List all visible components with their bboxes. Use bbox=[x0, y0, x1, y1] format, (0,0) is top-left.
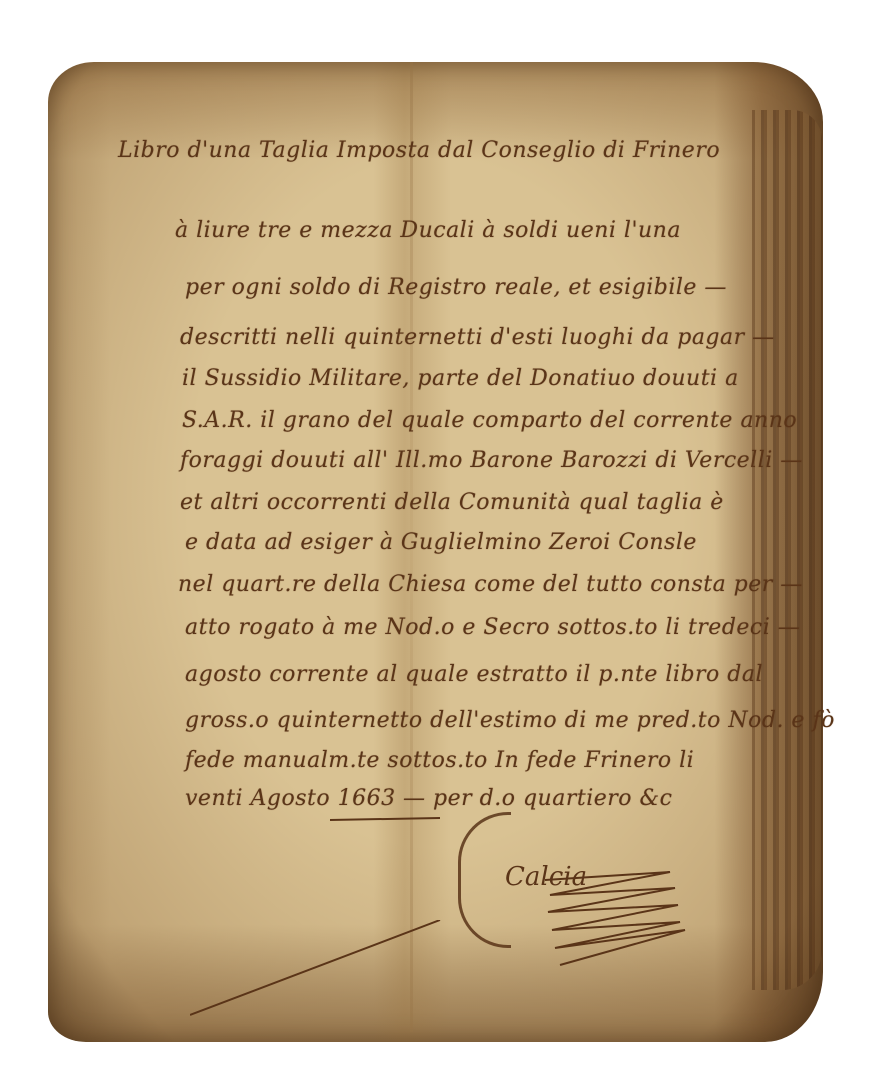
line-14-text: fede manualm.te sottos.to In fede Friner… bbox=[185, 748, 694, 773]
line-1-text: Libro d'una Taglia Imposta dal Conseglio… bbox=[118, 138, 720, 163]
line-11-text: atto rogato à me Nod.o e Secro sottos.to… bbox=[185, 615, 800, 640]
signature-scribble bbox=[540, 860, 690, 970]
line-4: descritti nelli quinternetti d'esti luog… bbox=[180, 325, 775, 350]
line-10-text: nel quart.re della Chiesa come del tutto… bbox=[178, 572, 803, 597]
line-6-text: S.A.R. il grano del quale comparto del c… bbox=[182, 408, 797, 433]
line-11: atto rogato à me Nod.o e Secro sottos.to… bbox=[185, 615, 800, 640]
line-3-text: per ogni soldo di Registro reale, et esi… bbox=[185, 275, 727, 300]
line-8-text: et altri occorrenti della Comunità qual … bbox=[180, 490, 724, 515]
line-2-text: à liure tre e mezza Ducali à soldi ueni … bbox=[175, 218, 681, 243]
date-underline bbox=[330, 815, 450, 825]
line-6: S.A.R. il grano del quale comparto del c… bbox=[182, 408, 797, 433]
line-3: per ogni soldo di Registro reale, et esi… bbox=[185, 275, 727, 300]
line-14: fede manualm.te sottos.to In fede Friner… bbox=[185, 748, 694, 773]
line-12: agosto corrente al quale estratto il p.n… bbox=[185, 662, 763, 687]
line-1: Libro d'una Taglia Imposta dal Conseglio… bbox=[118, 138, 720, 163]
line-9: e data ad esiger à Guglielmino Zeroi Con… bbox=[185, 530, 697, 555]
line-13: gross.o quinternetto dell'estimo di me p… bbox=[185, 708, 835, 733]
line-5: il Sussidio Militare, parte del Donatiuo… bbox=[182, 366, 739, 391]
line-9-text: e data ad esiger à Guglielmino Zeroi Con… bbox=[185, 530, 697, 555]
binding-edge bbox=[752, 110, 822, 990]
line-2: à liure tre e mezza Ducali à soldi ueni … bbox=[175, 218, 681, 243]
line-4-text: descritti nelli quinternetti d'esti luog… bbox=[180, 325, 775, 350]
line-13-text: gross.o quinternetto dell'estimo di me p… bbox=[185, 708, 835, 733]
line-10: nel quart.re della Chiesa come del tutto… bbox=[178, 572, 803, 597]
line-15-text: venti Agosto 1663 — per d.o quartiero &c bbox=[185, 786, 672, 811]
line-12-text: agosto corrente al quale estratto il p.n… bbox=[185, 662, 763, 687]
line-7: foraggi douuti all' Ill.mo Barone Barozz… bbox=[180, 448, 803, 473]
pen-stroke bbox=[190, 920, 450, 1020]
line-5-text: il Sussidio Militare, parte del Donatiuo… bbox=[182, 366, 739, 391]
line-8: et altri occorrenti della Comunità qual … bbox=[180, 490, 724, 515]
line-15: venti Agosto 1663 — per d.o quartiero &c bbox=[185, 786, 672, 811]
line-7-text: foraggi douuti all' Ill.mo Barone Barozz… bbox=[180, 448, 803, 473]
